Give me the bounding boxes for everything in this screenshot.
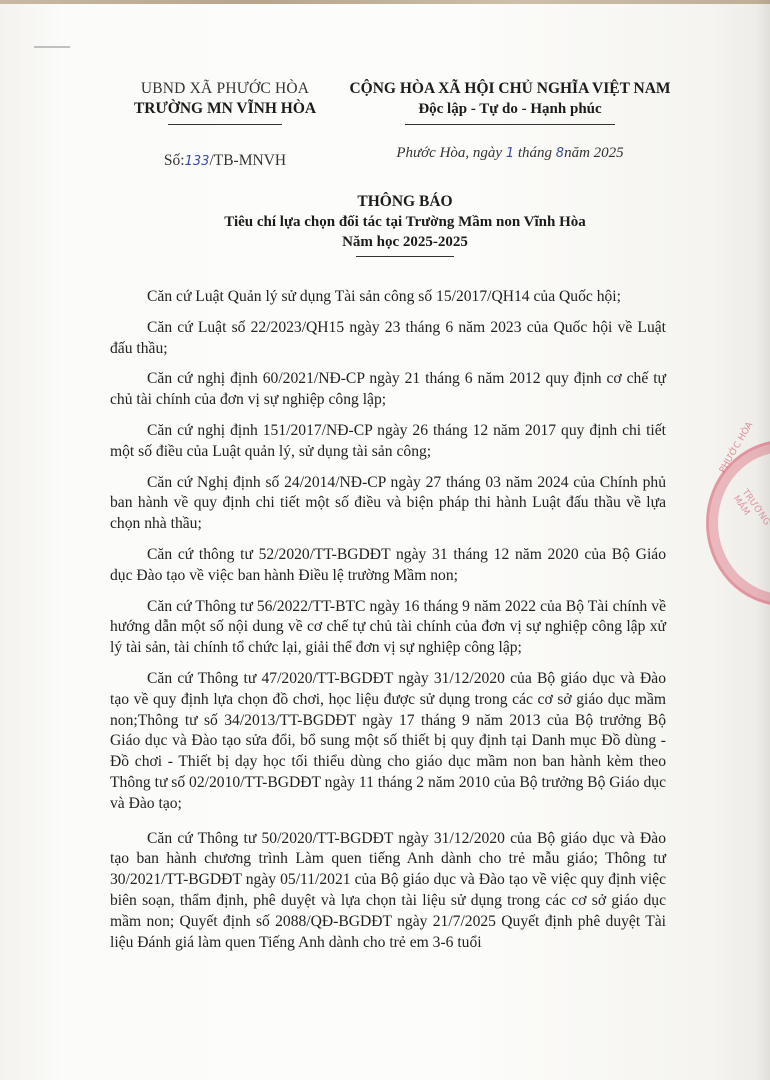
national-motto: Độc lập - Tự do - Hạnh phúc [345,101,675,118]
document-type: THÔNG BÁO [150,193,660,211]
scan-mark [34,46,70,48]
handwritten-day: 1 [506,146,514,161]
number-suffix: /TB-MNVH [209,152,286,169]
legal-basis-paragraph: Căn cứ Nghị định số 24/2014/NĐ-CP ngày 2… [110,473,666,535]
school-year: Năm học 2025-2025 [150,234,660,251]
authority-name: UBND XÃ PHƯỚC HÒA [110,80,340,98]
legal-basis-paragraph: Căn cứ Luật số 22/2023/QH15 ngày 23 thán… [110,318,666,360]
document-body: Căn cứ Luật Quản lý sử dụng Tài sản công… [110,287,666,963]
date-mid: tháng [514,145,556,161]
legal-basis-paragraph: Căn cứ Luật Quản lý sử dụng Tài sản công… [110,287,666,308]
legal-basis-paragraph: Căn cứ nghị định 60/2021/NĐ-CP ngày 21 t… [110,369,666,411]
number-prefix: Số: [164,152,185,169]
document-number: Số:133/TB-MNVH [110,152,340,170]
school-name: TRƯỜNG MN VĨNH HÒA [110,100,340,118]
national-header-block: CỘNG HÒA XÃ HỘI CHỦ NGHĨA VIỆT NAM Độc l… [345,80,675,162]
issuing-authority-block: UBND XÃ PHƯỚC HÒA TRƯỜNG MN VĨNH HÒA Số:… [110,80,340,170]
legal-basis-paragraph: Căn cứ thông tư 52/2020/TT-BGDĐT ngày 31… [110,545,666,587]
date-prefix: Phước Hòa, ngày [396,145,506,161]
motto-underline [405,124,615,125]
legal-basis-paragraph: Căn cứ Thông tư 56/2022/TT-BTC ngày 16 t… [110,597,666,659]
document-title-block: THÔNG BÁO Tiêu chí lựa chọn đối tác tại … [150,193,660,257]
legal-basis-paragraph: Căn cứ nghị định 151/2017/NĐ-CP ngày 26 … [110,421,666,463]
legal-basis-paragraph: Căn cứ Thông tư 50/2020/TT-BGDĐT ngày 31… [110,829,666,954]
document-subject: Tiêu chí lựa chọn đối tác tại Trường Mầm… [150,214,660,231]
handwritten-number: 133 [185,154,210,169]
scan-top-edge [0,0,770,4]
authority-underline [168,124,282,125]
legal-basis-paragraph: Căn cứ Thông tư 47/2020/TT-BGDĐT ngày 31… [110,669,666,815]
document-page: UBND XÃ PHƯỚC HÒA TRƯỜNG MN VĨNH HÒA Số:… [0,0,770,1080]
country-name: CỘNG HÒA XÃ HỘI CHỦ NGHĨA VIỆT NAM [345,80,675,98]
title-underline [356,256,454,257]
handwritten-month: 8 [556,146,564,161]
place-date: Phước Hòa, ngày 1 tháng 8năm 2025 [345,145,675,162]
date-suffix: năm 2025 [564,145,624,161]
